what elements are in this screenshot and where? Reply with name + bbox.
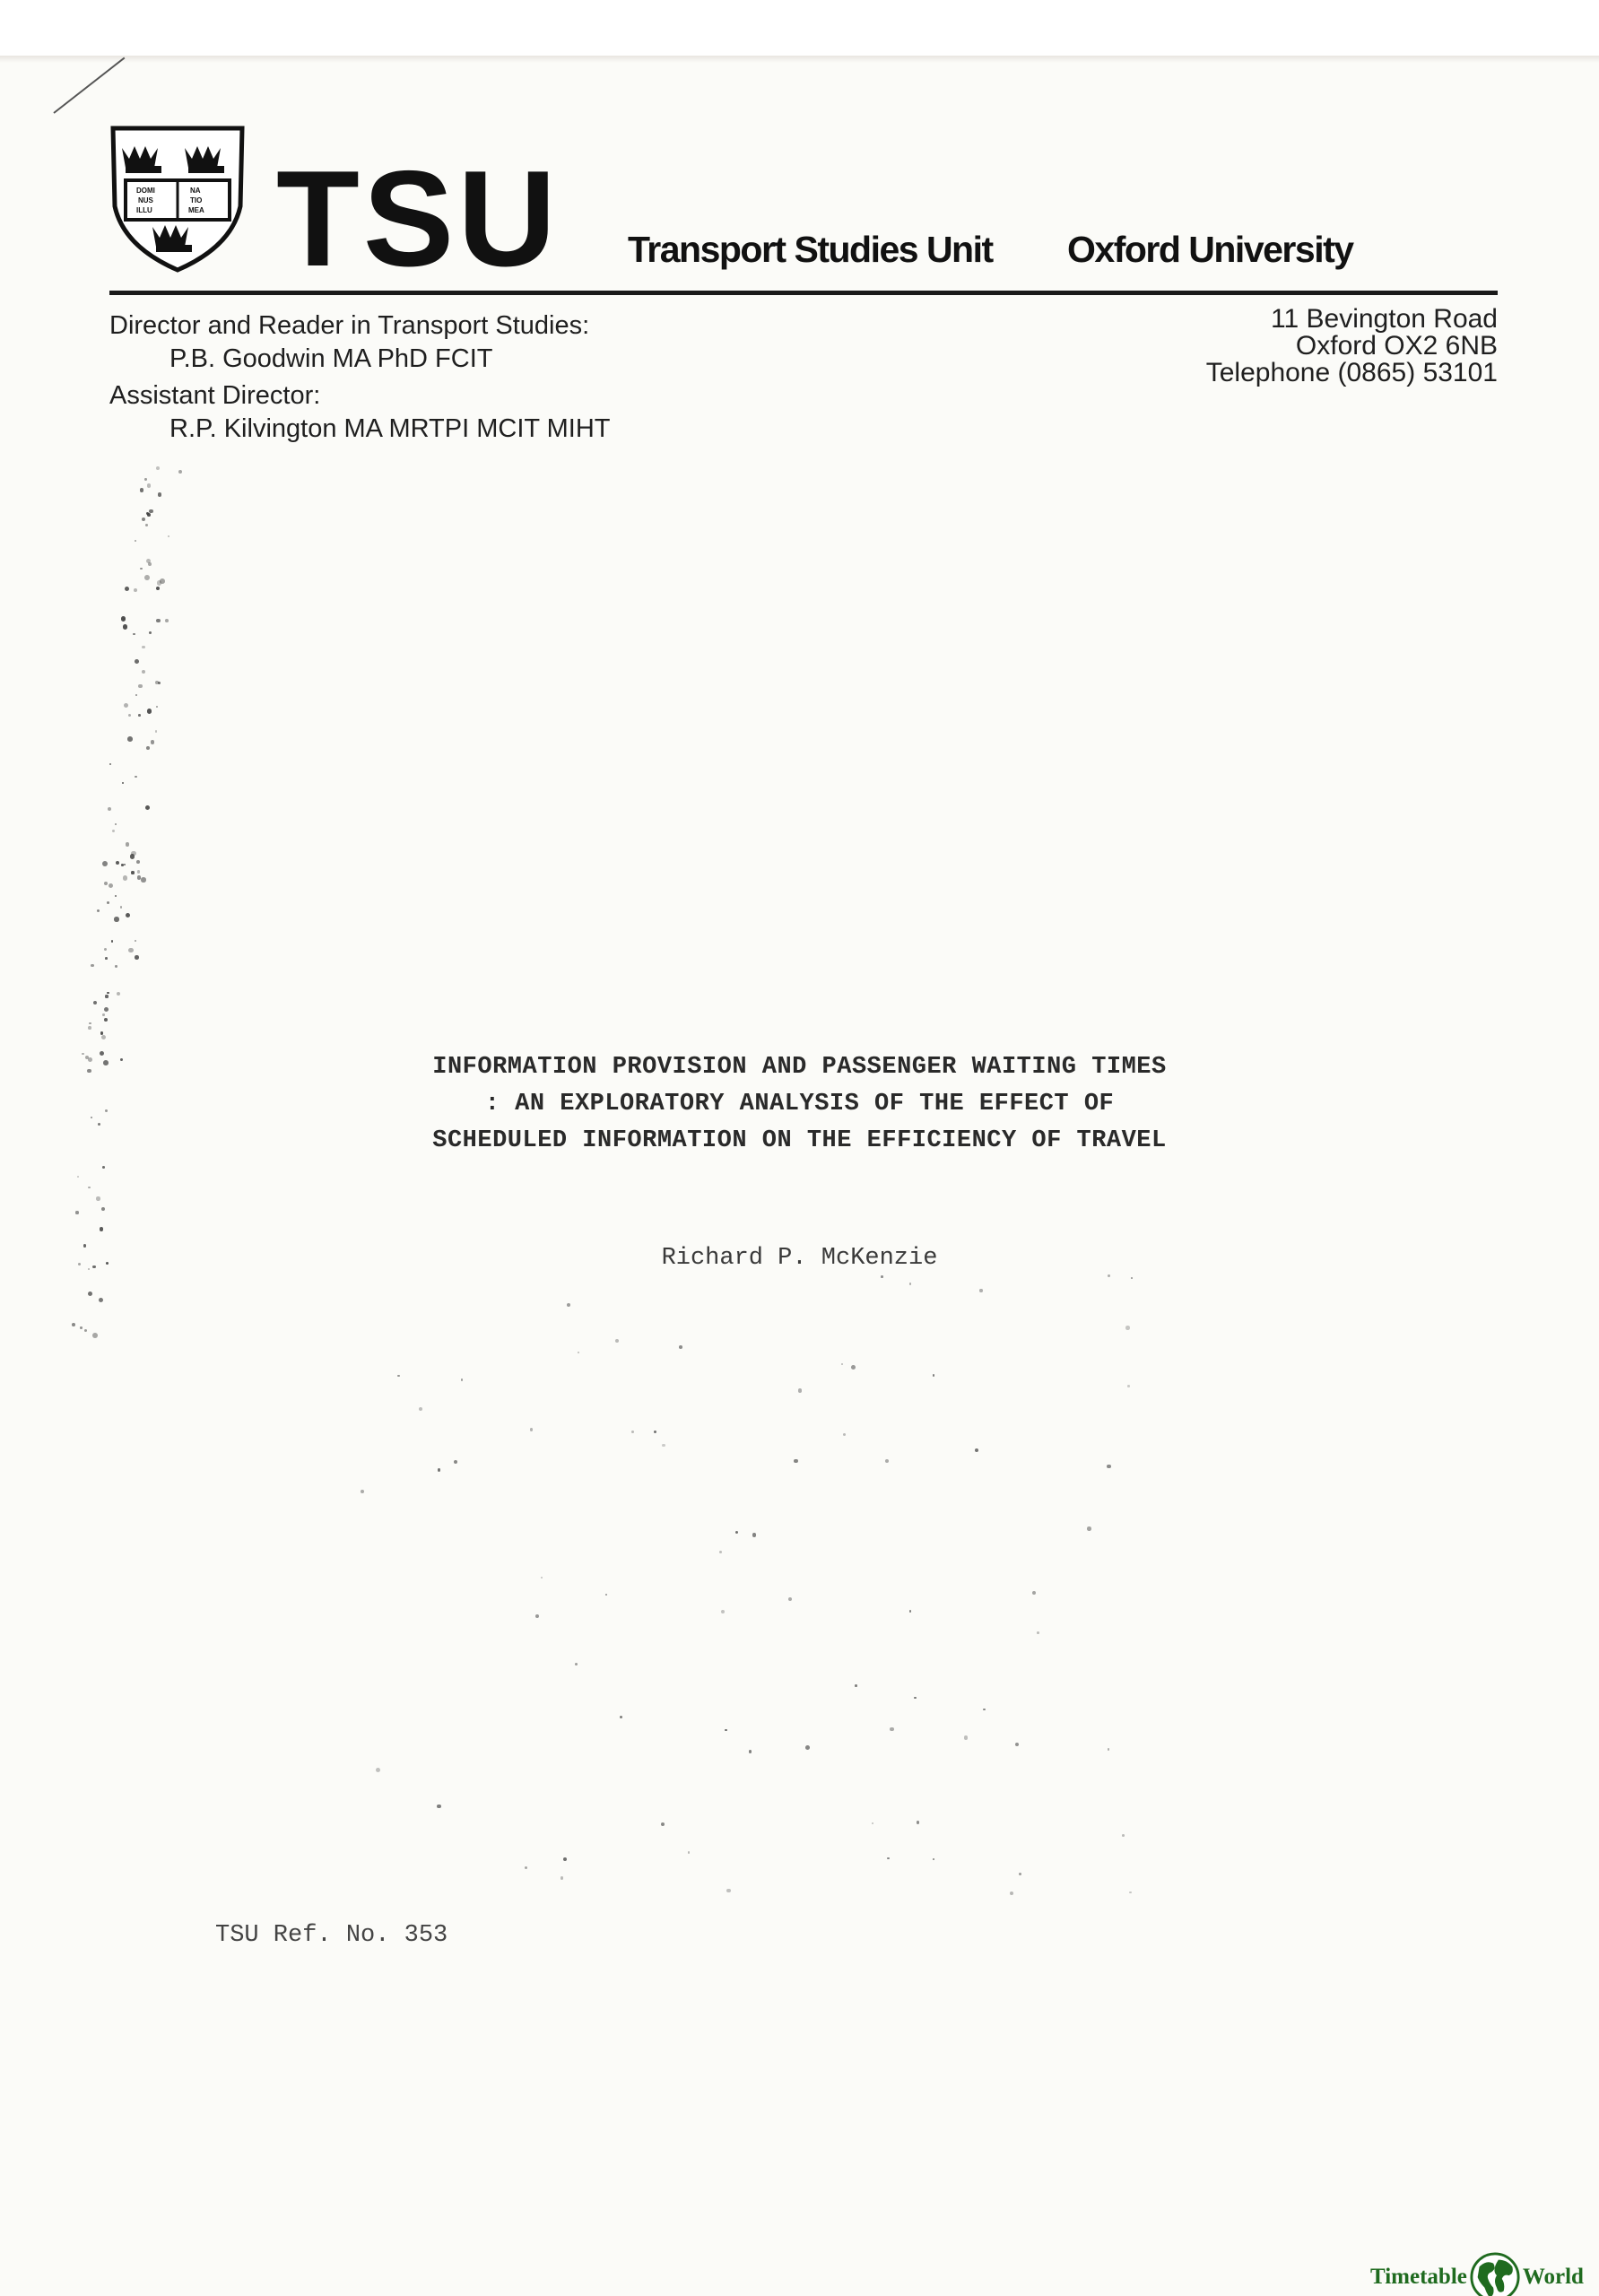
document-title: INFORMATION PROVISION AND PASSENGER WAIT… <box>0 1049 1599 1160</box>
watermark-left-text: Timetable <box>1370 2265 1467 2290</box>
reference-number: TSU Ref. No. 353 <box>215 1922 448 1949</box>
oxford-crest-icon: DOMI NUS ILLU NA TIO MEA <box>106 121 249 274</box>
svg-text:NUS: NUS <box>138 196 154 204</box>
svg-text:ILLU: ILLU <box>136 206 152 214</box>
address-city: Oxford OX2 6NB <box>1206 333 1498 360</box>
title-line: : AN EXPLORATORY ANALYSIS OF THE EFFECT … <box>0 1086 1599 1123</box>
assistant-role: Assistant Director: <box>109 379 611 413</box>
tsu-logo-text: TSU <box>276 151 560 287</box>
svg-text:DOMI: DOMI <box>136 187 155 195</box>
timetable-world-watermark: Timetable World <box>1370 2251 1584 2296</box>
paper-edge <box>0 56 1599 63</box>
address-block: 11 Bevington Road Oxford OX2 6NB Telepho… <box>1206 306 1498 387</box>
university-name: Oxford University <box>1067 229 1353 271</box>
svg-text:NA: NA <box>190 187 201 195</box>
staff-block: Director and Reader in Transport Studies… <box>109 309 611 446</box>
globe-icon <box>1469 2251 1521 2296</box>
svg-text:MEA: MEA <box>188 206 204 214</box>
svg-text:TIO: TIO <box>190 196 202 204</box>
author-name: Richard P. McKenzie <box>0 1245 1599 1272</box>
unit-name: Transport Studies Unit <box>628 229 993 271</box>
title-line: INFORMATION PROVISION AND PASSENGER WAIT… <box>0 1049 1599 1086</box>
address-telephone: Telephone (0865) 53101 <box>1206 360 1498 387</box>
director-role: Director and Reader in Transport Studies… <box>109 309 611 343</box>
title-line: SCHEDULED INFORMATION ON THE EFFICIENCY … <box>0 1123 1599 1160</box>
address-street: 11 Bevington Road <box>1206 306 1498 333</box>
watermark-right-text: World <box>1523 2265 1584 2290</box>
letterhead-divider <box>109 291 1498 295</box>
assistant-name: R.P. Kilvington MA MRTPI MCIT MIHT <box>109 413 611 446</box>
director-name: P.B. Goodwin MA PhD FCIT <box>109 343 611 376</box>
